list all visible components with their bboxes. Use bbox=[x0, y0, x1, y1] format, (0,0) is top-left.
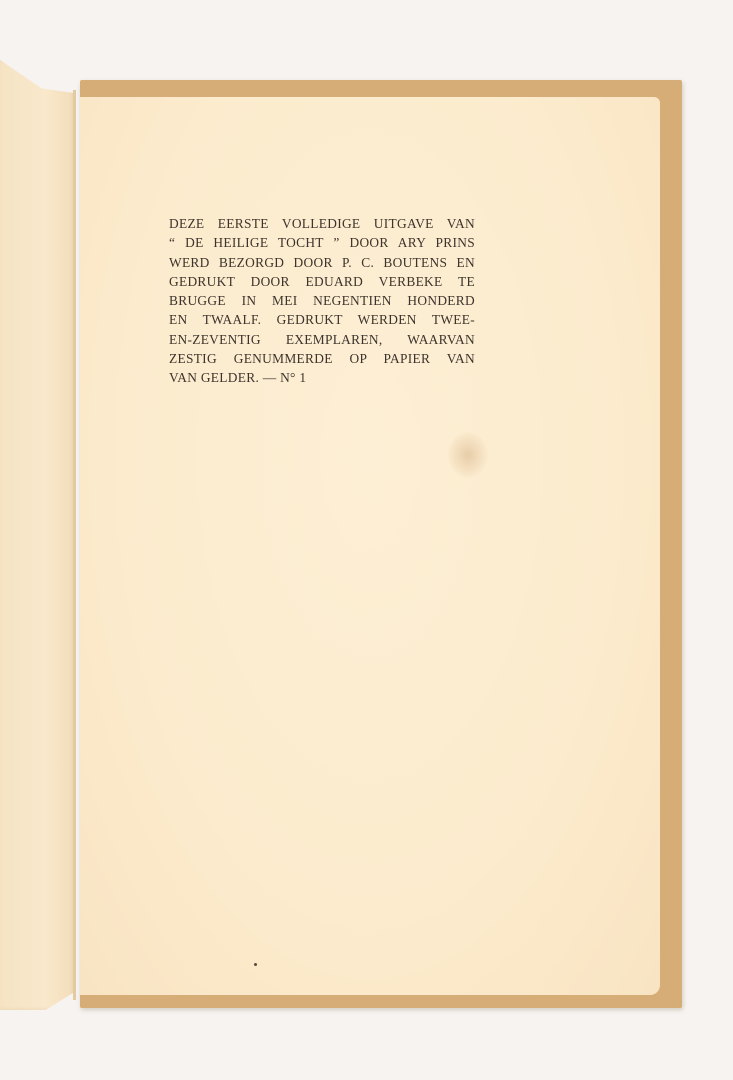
colophon-text: DEZE EERSTE VOLLEDIGE UITGAVE VAN “ DE H… bbox=[169, 214, 475, 388]
colophon-line: “ DE HEILIGE TOCHT ” DOOR ARY PRINS bbox=[169, 233, 475, 252]
colophon-line: EN TWAALF. GEDRUKT WERDEN TWEE- bbox=[169, 310, 475, 329]
colophon-line: GEDRUKT DOOR EDUARD VERBEKE TE bbox=[169, 272, 475, 291]
left-facing-page bbox=[0, 60, 76, 1010]
colophon-line: EN-ZEVENTIG EXEMPLAREN, WAARVAN bbox=[169, 330, 475, 349]
colophon-line: DEZE EERSTE VOLLEDIGE UITGAVE VAN bbox=[169, 214, 475, 233]
colophon-line: ZESTIG GENUMMERDE OP PAPIER VAN bbox=[169, 349, 475, 368]
photo-scene: DEZE EERSTE VOLLEDIGE UITGAVE VAN “ DE H… bbox=[0, 0, 733, 1080]
book-gutter bbox=[73, 90, 76, 1000]
ink-speck bbox=[254, 963, 257, 966]
colophon-line: BRUGGE IN MEI NEGENTIEN HONDERD bbox=[169, 291, 475, 310]
foxing-stain bbox=[448, 432, 488, 478]
colophon-line: WERD BEZORGD DOOR P. C. BOUTENS EN bbox=[169, 253, 475, 272]
colophon-line-edition-number: VAN GELDER. — N° 1 bbox=[169, 368, 475, 387]
